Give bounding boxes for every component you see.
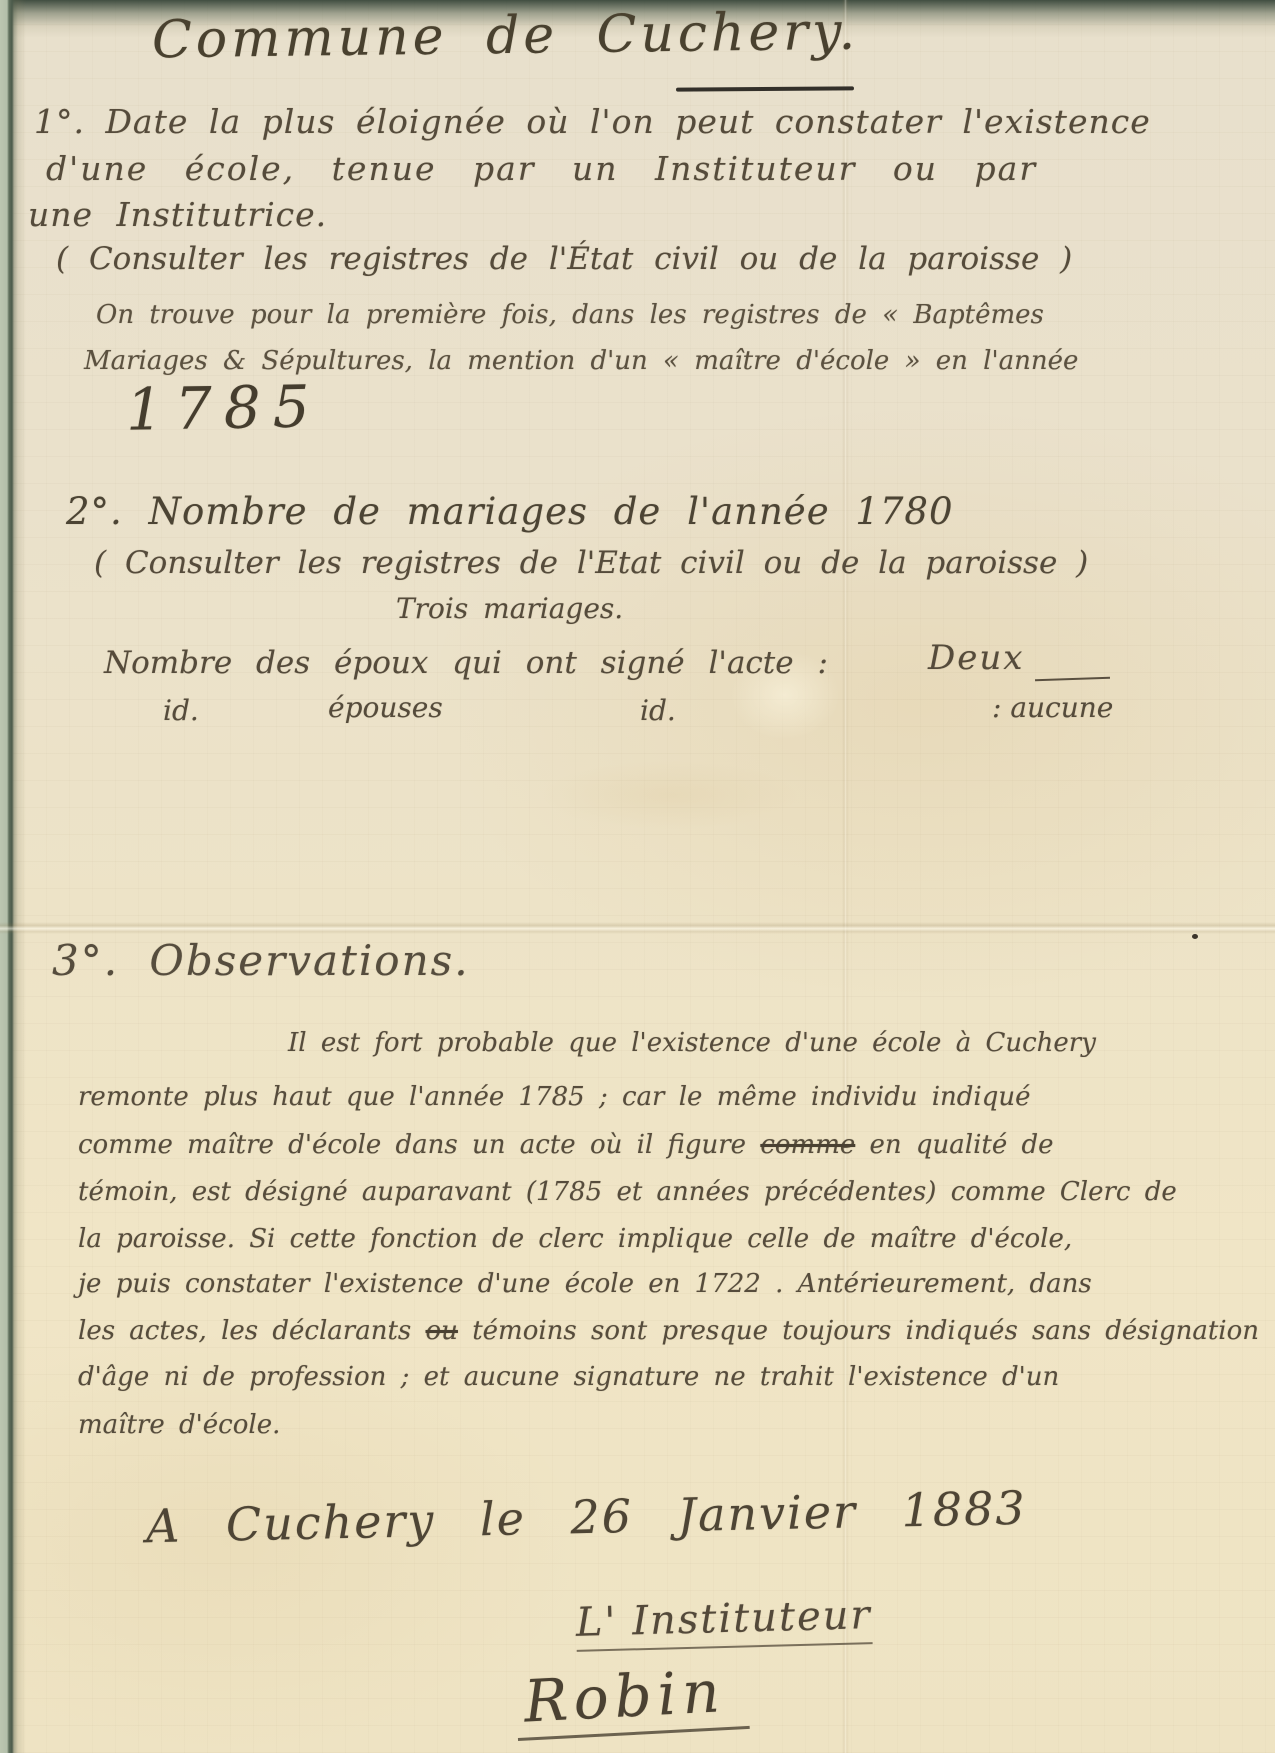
section2-heading: 2°. Nombre de mariages de l'année 1780 (66, 490, 954, 533)
section1-note: ( Consulter les registres de l'État civi… (56, 241, 1072, 277)
observations-line: d'âge ni de profession ; et aucune signa… (78, 1362, 1059, 1392)
flourish-dash (1035, 677, 1110, 682)
obs-struck-text: ou (426, 1316, 458, 1346)
observations-line: témoin, est désigné auparavant (1785 et … (78, 1177, 1177, 1207)
observations-line: maître d'école. (78, 1410, 280, 1440)
title-divider-rule (676, 86, 854, 91)
obs-struck-text: comme (760, 1130, 855, 1160)
obs-text: remonte plus haut que l'année 1785 ; car… (78, 1082, 1031, 1112)
section1-question-line1: 1°. Date la plus éloignée où l'on peut c… (34, 102, 1151, 141)
observations-line: comme maître d'école dans un acte où il … (78, 1130, 1054, 1160)
section3-heading: 3°. Observations. (52, 936, 470, 985)
obs-text: en qualité de (855, 1130, 1053, 1160)
obs-text: comme maître d'école dans un acte où il … (78, 1130, 760, 1160)
ink-speck (1192, 934, 1198, 939)
closing-role: L' Instituteur (575, 1592, 872, 1652)
obs-text: je puis constater l'existence d'une écol… (78, 1269, 1092, 1299)
closing-place-date: A Cuchery le 26 Janvier 1883 (146, 1481, 1028, 1553)
section2-note: ( Consulter les registres de l'Etat civi… (94, 545, 1088, 581)
obs-text: témoin, est désigné auparavant (1785 et … (78, 1177, 1177, 1207)
section1-question-line2: d'une école, tenue par un Instituteur ou… (46, 149, 1037, 188)
obs-text: la paroisse. Si cette fonction de clerc … (78, 1224, 1072, 1254)
document-title: Commune de Cuchery. (152, 2, 860, 71)
section1-answer-line2: Mariages & Sépultures, la mention d'un «… (84, 346, 1078, 376)
epouses-signed-value: : aucune (992, 691, 1113, 724)
obs-text: d'âge ni de profession ; et aucune signa… (78, 1362, 1059, 1392)
observations-line: la paroisse. Si cette fonction de clerc … (78, 1224, 1072, 1254)
obs-text: Il est fort probable que l'existence d'u… (288, 1028, 1096, 1058)
section2-answer: Trois mariages. (396, 592, 623, 625)
binding-edge (0, 0, 26, 1753)
paper-stain (540, 760, 800, 830)
id-abbreviation-second: id. (640, 694, 676, 727)
section1-answer-line1: On trouve pour la première fois, dans le… (96, 300, 1044, 330)
epouses-word: épouses (328, 691, 443, 724)
id-abbreviation-first: id. (163, 694, 199, 727)
observations-line: remonte plus haut que l'année 1785 ; car… (78, 1082, 1031, 1112)
observations-line: je puis constater l'existence d'une écol… (78, 1269, 1092, 1299)
signature: Robin (514, 1656, 749, 1741)
observations-line: Il est fort probable que l'existence d'u… (288, 1028, 1096, 1058)
epoux-signed-value: Deux (928, 638, 1024, 678)
obs-text: les actes, les déclarants (78, 1316, 426, 1346)
section1-question-line3: une Institutrice. (28, 195, 327, 234)
observations-line: les actes, les déclarants ou témoins son… (78, 1316, 1259, 1346)
epoux-signed-label: Nombre des époux qui ont signé l'acte : (104, 645, 828, 681)
obs-text: témoins sont presque toujours indiqués s… (458, 1316, 1259, 1346)
obs-text: maître d'école. (78, 1410, 280, 1440)
section1-year-value: 1785 (125, 372, 322, 443)
manuscript-page: Commune de Cuchery. 1°. Date la plus élo… (0, 0, 1275, 1753)
horizontal-fold-crease (0, 922, 1275, 934)
